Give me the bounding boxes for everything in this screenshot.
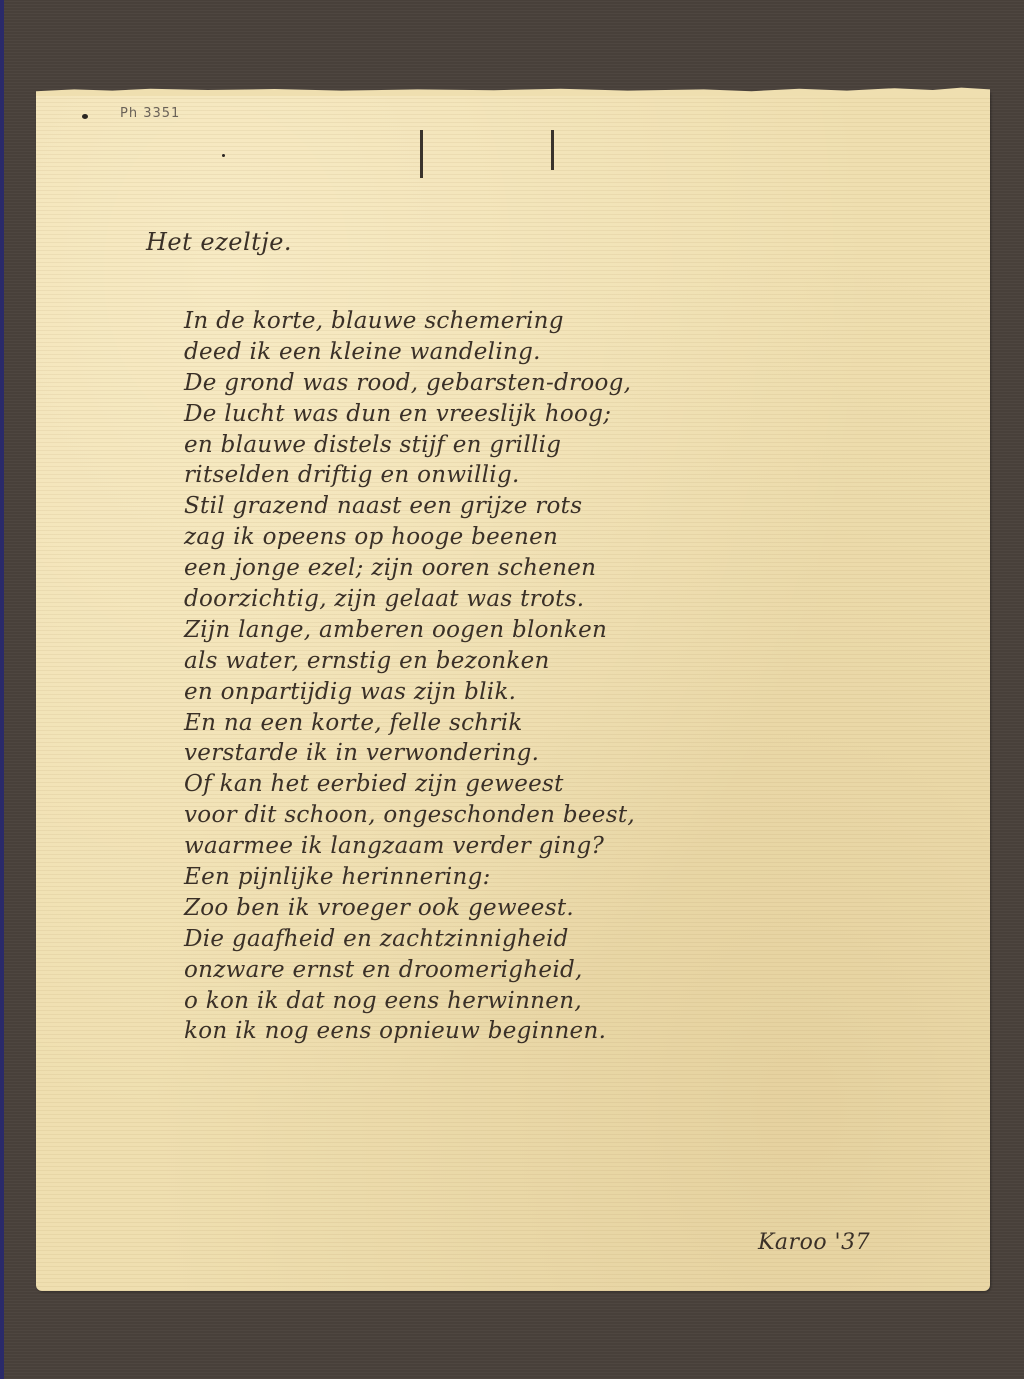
poem-line: Of kan het eerbied zijn geweest [184, 769, 635, 800]
poem-line: ritselden driftig en onwillig. [184, 460, 635, 491]
poem-line: en blauwe distels stijf en grillig [184, 430, 635, 461]
poem-line: Een pijnlijke herinnering: [184, 862, 635, 893]
manuscript-page: Ph 3351 Het ezeltje. In de korte, blauwe… [36, 92, 990, 1291]
poem-line: De lucht was dun en vreeslijk hoog; [184, 399, 635, 430]
poem-body: In de korte, blauwe schemering deed ik e… [184, 306, 635, 1047]
poem-line: In de korte, blauwe schemering [184, 306, 635, 337]
poem-line: Die gaafheid en zachtzinnigheid [184, 924, 635, 955]
poem-line: voor dit schoon, ongeschonden beest, [184, 800, 635, 831]
poem-line: Zijn lange, amberen oogen blonken [184, 615, 635, 646]
poem-line: En na een korte, felle schrik [184, 708, 635, 739]
poem-line: De grond was rood, gebarsten-droog, [184, 368, 635, 399]
poem-line: Stil grazend naast een grijze rots [184, 491, 635, 522]
poem-line: verstarde ik in verwondering. [184, 738, 635, 769]
poem-line: deed ik een kleine wandeling. [184, 337, 635, 368]
poem-line: een jonge ezel; zijn ooren schenen [184, 553, 635, 584]
poem-line: onzware ernst en droomerigheid, [184, 955, 635, 986]
poem-line: kon ik nog eens opnieuw beginnen. [184, 1016, 635, 1047]
scan-edge-strip [0, 0, 4, 1379]
poem-line: zag ik opeens op hooge beenen [184, 522, 635, 553]
poem-title: Het ezeltje. [146, 228, 292, 256]
punch-hole-right [551, 130, 554, 170]
archive-mark: Ph 3351 [120, 106, 180, 121]
ink-dot [222, 154, 225, 157]
ink-spot [82, 114, 88, 119]
poem-line: Zoo ben ik vroeger ook geweest. [184, 893, 635, 924]
torn-top-edge [36, 84, 990, 96]
poem-line: waarmee ik langzaam verder ging? [184, 831, 635, 862]
punch-hole-left [420, 130, 423, 178]
poem-line: als water, ernstig en bezonken [184, 646, 635, 677]
poem-line: doorzichtig, zijn gelaat was trots. [184, 584, 635, 615]
poem-line: o kon ik dat nog eens herwinnen, [184, 986, 635, 1017]
poem-line: en onpartijdig was zijn blik. [184, 677, 635, 708]
signature-place-date: Karoo '37 [758, 1230, 870, 1255]
